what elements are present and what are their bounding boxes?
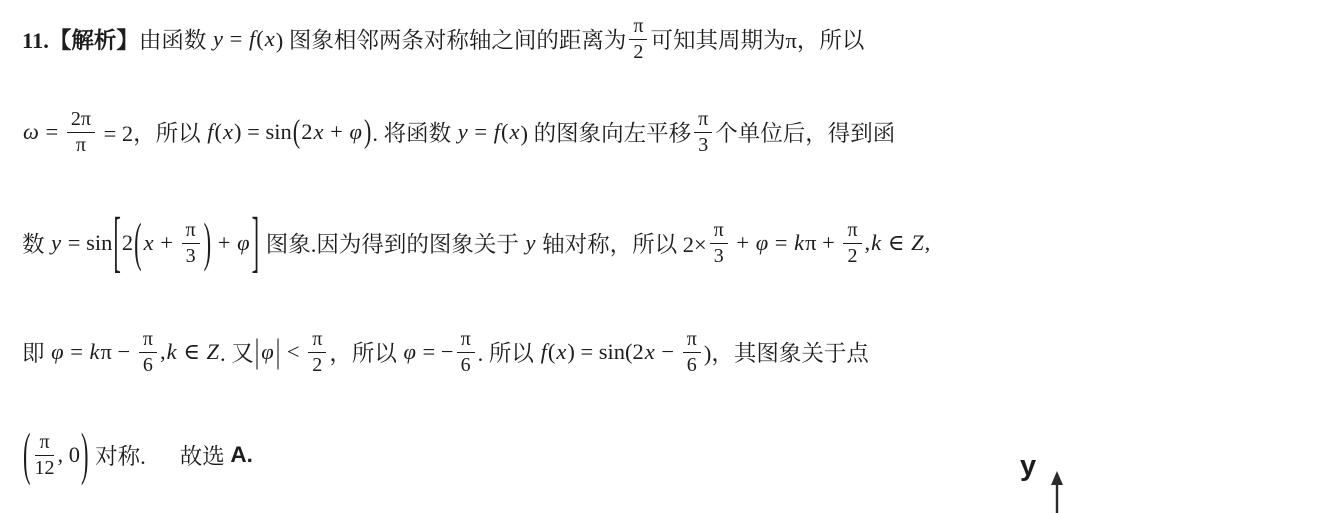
text-run: 对称. [90, 439, 146, 471]
text-run: π − [101, 339, 136, 365]
math-variable: φ [349, 119, 361, 145]
math-variable: k [871, 230, 881, 256]
text-run: ) = sin [234, 119, 292, 145]
fraction: π6 [139, 328, 157, 376]
fraction-denominator: 6 [687, 353, 697, 376]
text-run: , [160, 339, 166, 365]
fraction-numerator: π [710, 219, 728, 244]
fraction-numerator: π [683, 328, 701, 353]
y-axis-arrow-icon [1049, 470, 1065, 513]
stretch-delimiter: ) [81, 421, 89, 489]
text-run: ) 的图象向左平移 [521, 116, 692, 148]
text-run: , [865, 230, 871, 256]
fraction: π6 [683, 328, 701, 376]
stretch-delimiter: ] [252, 204, 260, 282]
text-run: = [224, 26, 248, 52]
fraction-numerator: 2π [67, 108, 95, 133]
text-run: . 又 [220, 336, 254, 368]
fraction: 2ππ [67, 108, 95, 156]
solution-lines: 11.【解析】由函数 y = f(x) 图象相邻两条对称轴之间的距离为π2可知其… [0, 10, 1318, 496]
math-variable: f [249, 26, 255, 52]
answer-choice: A. [230, 442, 253, 468]
text-run: = 2，所以 [98, 116, 206, 148]
text-run: − [656, 339, 680, 365]
fraction: π3 [182, 219, 200, 267]
text-run: + [155, 230, 179, 256]
fraction-numerator: π [35, 431, 53, 456]
fraction: π2 [629, 15, 647, 63]
text-run: 故选 [180, 439, 231, 471]
text-run: )，其图象关于点 [704, 336, 869, 368]
text-run: ( [501, 119, 509, 145]
math-variable: x [556, 339, 566, 365]
fraction: π3 [694, 108, 712, 156]
text-run: , 0 [58, 442, 81, 468]
fraction: π6 [457, 328, 475, 376]
text-run: 图象.因为得到的图象关于 [260, 227, 524, 259]
math-variable: f [207, 119, 213, 145]
text-run: + [212, 230, 236, 256]
text-run: < [281, 339, 305, 365]
text-run: = [769, 230, 793, 256]
text-run: + [731, 230, 755, 256]
fraction: π3 [710, 219, 728, 267]
text-run: 2 [301, 119, 312, 145]
text-run: ( [256, 26, 264, 52]
text-run: ( [215, 119, 223, 145]
text-run: ( [548, 339, 556, 365]
math-variable: y [51, 230, 61, 256]
math-variable: φ [261, 339, 273, 365]
stretch-delimiter: ( [134, 212, 142, 274]
solution-line: 即 φ = kπ − π6,k ∈ Z. 又|φ| < π2，所以 φ = −π… [22, 318, 1318, 386]
text-run: . 所以 [478, 336, 540, 368]
fraction-denominator: 6 [461, 353, 471, 376]
text-run: 即 [22, 336, 50, 368]
text-run: ) 图象相邻两条对称轴之间的距离为 [276, 23, 627, 55]
solution-page: { "page": { "background": "#ffffff", "te… [0, 0, 1318, 513]
math-variable: ω [23, 119, 39, 145]
text-run: ∈ [882, 230, 910, 256]
text-run: 可知其周期为π，所以 [650, 23, 864, 55]
text-run: 2 [122, 230, 133, 256]
fraction-numerator: π [308, 328, 326, 353]
fraction-denominator: 2 [312, 353, 322, 376]
math-variable: k [90, 339, 100, 365]
math-variable: y [525, 230, 535, 256]
text-run: = [40, 119, 64, 145]
text-run: = sin [62, 230, 112, 256]
math-variable: φ [237, 230, 249, 256]
fraction-denominator: π [76, 133, 86, 156]
text-run: 由函数 [139, 23, 212, 55]
math-variable: φ [51, 339, 63, 365]
text-run: = [469, 119, 493, 145]
solution-line: ω = 2ππ = 2，所以 f(x) = sin(2x + φ). 将函数 y… [22, 100, 1318, 164]
text-run: = [65, 339, 89, 365]
math-variable: φ [403, 339, 415, 365]
math-variable: x [223, 119, 233, 145]
text-run: = − [417, 339, 454, 365]
text-run: + [325, 119, 349, 145]
math-variable: f [541, 339, 547, 365]
text-run: . 将函数 [372, 116, 456, 148]
y-axis-label: y [1020, 452, 1036, 481]
stretch-delimiter: ( [23, 421, 31, 489]
fraction-numerator: π [843, 219, 861, 244]
text-run: 轴对称，所以 2× [536, 227, 706, 259]
math-variable: Z [207, 339, 220, 365]
stretch-delimiter: | [255, 333, 260, 372]
text-run: ，所以 [329, 336, 402, 368]
solution-line: 11.【解析】由函数 y = f(x) 图象相邻两条对称轴之间的距离为π2可知其… [22, 10, 1318, 68]
fraction-denominator: 2 [847, 244, 857, 267]
math-variable: y [213, 26, 223, 52]
math-variable: y [458, 119, 468, 145]
fraction: π2 [843, 219, 861, 267]
text-run: ) = sin(2 [567, 339, 643, 365]
text-run: ∈ [178, 339, 206, 365]
math-variable: x [144, 230, 154, 256]
fraction-numerator: π [629, 15, 647, 40]
math-variable: φ [756, 230, 768, 256]
fraction-denominator: 12 [35, 456, 55, 479]
math-variable: k [794, 230, 804, 256]
solution-line: 数 y = sin[2(x + π3) + φ] 图象.因为得到的图象关于 y … [22, 198, 1318, 288]
math-variable: x [314, 119, 324, 145]
math-variable: Z [911, 230, 924, 256]
fraction-numerator: π [139, 328, 157, 353]
math-variable: x [265, 26, 275, 52]
fraction-denominator: 3 [698, 133, 708, 156]
bold-label: 11.【解析】 [22, 23, 139, 55]
fraction-denominator: 2 [633, 40, 643, 63]
stretch-delimiter: ) [204, 212, 212, 274]
fraction-denominator: 3 [186, 244, 196, 267]
fraction: π2 [308, 328, 326, 376]
text-run: π + [805, 230, 840, 256]
math-variable: k [167, 339, 177, 365]
figure-y-axis: y [1020, 452, 1080, 513]
math-variable: x [510, 119, 520, 145]
stretch-delimiter: ) [364, 113, 372, 151]
fraction: π12 [35, 431, 55, 479]
fraction-numerator: π [182, 219, 200, 244]
fraction-numerator: π [457, 328, 475, 353]
stretch-delimiter: | [276, 333, 281, 372]
fraction-denominator: 6 [143, 353, 153, 376]
fraction-denominator: 3 [714, 244, 724, 267]
text-run: 数 [22, 227, 50, 259]
stretch-delimiter: [ [113, 204, 121, 282]
fraction-numerator: π [694, 108, 712, 133]
text-run: 个单位后，得到函 [715, 116, 895, 148]
math-variable: x [645, 339, 655, 365]
math-variable: f [494, 119, 500, 145]
solution-line: (π12, 0) 对称.故选 A. [22, 414, 1318, 496]
text-run: , [925, 230, 931, 256]
stretch-delimiter: ( [293, 113, 301, 151]
